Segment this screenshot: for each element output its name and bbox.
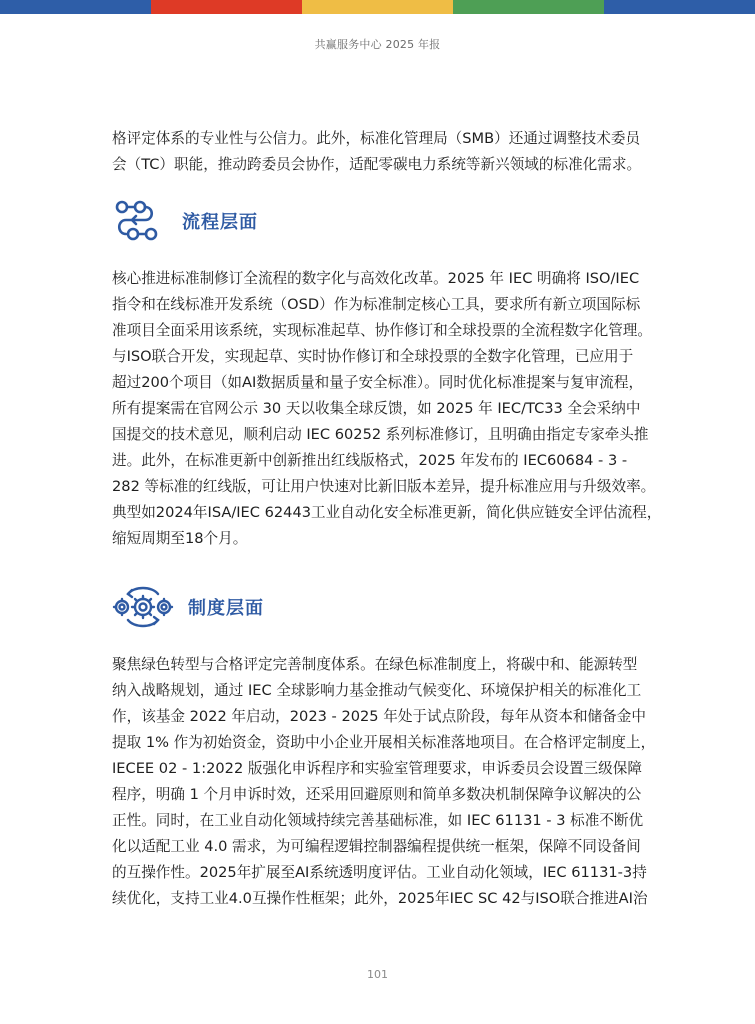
text-line: 聚焦绿色转型与合格评定完善制度体系。在绿色标准制度上，将碳中和、能源转型 <box>112 652 652 678</box>
text-line: 典型如2024年ISA/IEC 62443工业自动化安全标准更新，简化供应链安全… <box>112 500 652 526</box>
intro-paragraph: 格评定体系的专业性与公信力。此外，标准化管理局（SMB）还通过调整技术委员 会（… <box>112 126 652 178</box>
text-line: 续优化，支持工业4.0互操作性框架；此外，2025年IEC SC 42与ISO联… <box>112 886 652 912</box>
text-line: 缩短周期至18个月。 <box>112 526 652 552</box>
band-segment-red <box>151 0 302 14</box>
text-line: 国提交的技术意见，顺利启动 IEC 60252 系列标准修订，且明确由指定专家牵… <box>112 422 652 448</box>
band-segment-blue-2 <box>604 0 755 14</box>
top-color-band <box>0 0 755 14</box>
text-line: 正性。同时，在工业自动化领域持续完善基础标准，如 IEC 61131 - 3 标… <box>112 808 652 834</box>
text-line: 指令和在线标准开发系统（OSD）作为标准制定核心工具，要求所有新立项国际标 <box>112 292 652 318</box>
band-segment-green <box>453 0 604 14</box>
text-line: IECEE 02 - 1:2022 版强化申诉程序和实验室管理要求，申诉委员会设… <box>112 756 652 782</box>
text-line: 会（TC）职能，推动跨委员会协作，适配零碳电力系统等新兴领域的标准化需求。 <box>112 152 652 178</box>
text-line: 核心推进标准制修订全流程的数字化与高效化改革。2025 年 IEC 明确将 IS… <box>112 266 652 292</box>
text-line: 纳入战略规划，通过 IEC 全球影响力基金推动气候变化、环境保护相关的标准化工 <box>112 678 652 704</box>
section-title: 制度层面 <box>188 594 264 620</box>
text-line: 作，该基金 2022 年启动，2023 - 2025 年处于试点阶段，每年从资本… <box>112 704 652 730</box>
section-title: 流程层面 <box>182 208 258 234</box>
section-heading-institution: 制度层面 <box>112 582 264 632</box>
process-flow-icon <box>112 196 162 246</box>
text-line: 格评定体系的专业性与公信力。此外，标准化管理局（SMB）还通过调整技术委员 <box>112 126 652 152</box>
text-line: 准项目全面采用该系统，实现标准起草、协作修订和全球投票的全流程数字化管理。 <box>112 318 652 344</box>
text-line: 所有提案需在官网公示 30 天以收集全球反馈，如 2025 年 IEC/TC33… <box>112 396 652 422</box>
text-line: 程序，明确 1 个月申诉时效，还采用回避原则和简单多数决机制保障争议解决的公 <box>112 782 652 808</box>
band-segment-yellow <box>302 0 453 14</box>
page-number: 101 <box>0 968 755 981</box>
text-line: 282 等标准的红线版，可让用户快速对比新旧版本差异，提升标准应用与升级效率。 <box>112 474 652 500</box>
gears-cycle-icon <box>112 582 174 632</box>
text-line: 与ISO联合开发，实现起草、实时协作修订和全球投票的全数字化管理，已应用于 <box>112 344 652 370</box>
running-header: 共赢服务中心 2025 年报 <box>0 36 755 52</box>
section-heading-process: 流程层面 <box>112 196 258 246</box>
text-line: 超过200个项目（如AI数据质量和量子安全标准）。同时优化标准提案与复审流程， <box>112 370 652 396</box>
text-line: 提取 1% 作为初始资金，资助中小企业开展相关标准落地项目。在合格评定制度上， <box>112 730 652 756</box>
text-line: 的互操作性。2025年扩展至AI系统透明度评估。工业自动化领域，IEC 6113… <box>112 860 652 886</box>
section-paragraph-institution: 聚焦绿色转型与合格评定完善制度体系。在绿色标准制度上，将碳中和、能源转型 纳入战… <box>112 652 652 912</box>
section-paragraph-process: 核心推进标准制修订全流程的数字化与高效化改革。2025 年 IEC 明确将 IS… <box>112 266 652 552</box>
text-line: 化以适配工业 4.0 需求，为可编程逻辑控制器编程提供统一框架，保障不同设备间 <box>112 834 652 860</box>
text-line: 进。此外，在标准更新中创新推出红线版格式，2025 年发布的 IEC60684 … <box>112 448 652 474</box>
band-segment-blue <box>0 0 151 14</box>
